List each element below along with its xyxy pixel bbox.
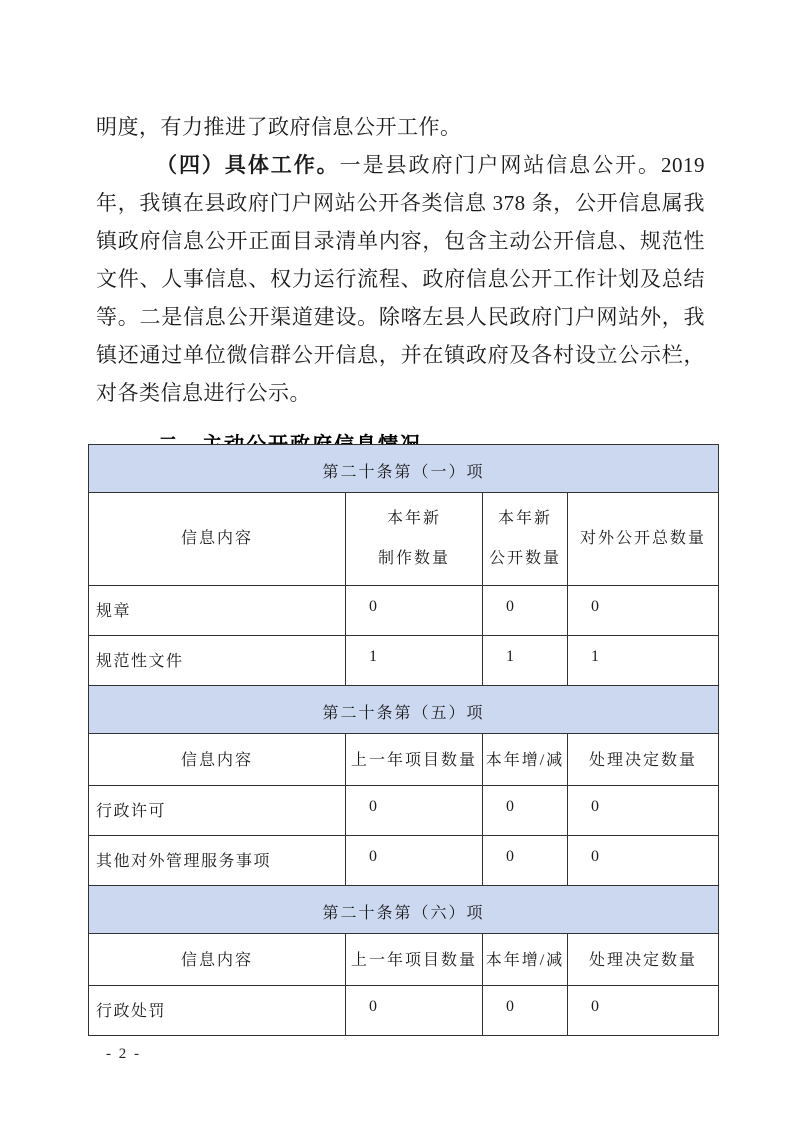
table-cell: 0 bbox=[483, 986, 568, 1036]
table-row: 第二十条第（六）项 bbox=[89, 886, 719, 934]
table-cell: 0 bbox=[568, 836, 719, 886]
column-header: 信息内容 bbox=[89, 934, 346, 986]
table-row: 规范性文件 1 1 1 bbox=[89, 636, 719, 686]
body-text-block: 明度，有力推进了政府信息公开工作。 （四）具体工作。一是县政府门户网站信息公开。… bbox=[0, 0, 800, 464]
column-header: 本年增/减 bbox=[483, 934, 568, 986]
table-row: 其他对外管理服务事项 0 0 0 bbox=[89, 836, 719, 886]
table-row: 信息内容 上一年项目数量 本年增/减 处理决定数量 bbox=[89, 934, 719, 986]
row-label: 其他对外管理服务事项 bbox=[89, 836, 346, 886]
table-row: 信息内容 上一年项目数量 本年增/减 处理决定数量 bbox=[89, 734, 719, 786]
column-header: 本年新 制作数量 bbox=[346, 493, 483, 586]
table-cell: 0 bbox=[568, 586, 719, 636]
page-number: - 2 - bbox=[106, 1046, 141, 1063]
table-cell: 0 bbox=[483, 836, 568, 886]
paragraph-specific-work: （四）具体工作。一是县政府门户网站信息公开。2019 年，我镇在县政府门户网站公… bbox=[96, 146, 705, 412]
row-label: 行政许可 bbox=[89, 786, 346, 836]
table-section-banner: 第二十条第（五）项 bbox=[89, 686, 719, 734]
table-section-banner: 第二十条第（六）项 bbox=[89, 886, 719, 934]
table-row: 行政许可 0 0 0 bbox=[89, 786, 719, 836]
document-page: 明度，有力推进了政府信息公开工作。 （四）具体工作。一是县政府门户网站信息公开。… bbox=[0, 0, 800, 1130]
column-header: 上一年项目数量 bbox=[346, 934, 483, 986]
column-header: 本年增/减 bbox=[483, 734, 568, 786]
paragraph-body-text: 一是县政府门户网站信息公开。2019 年，我镇在县政府门户网站公开各类信息 37… bbox=[96, 153, 705, 405]
row-label: 行政处罚 bbox=[89, 986, 346, 1036]
table-cell: 1 bbox=[346, 636, 483, 686]
table-cell: 1 bbox=[483, 636, 568, 686]
column-header: 信息内容 bbox=[89, 734, 346, 786]
column-header: 处理决定数量 bbox=[568, 734, 719, 786]
table-row: 信息内容 本年新 制作数量 本年新 公开数量 对外公开总数量 bbox=[89, 493, 719, 586]
row-label: 规章 bbox=[89, 586, 346, 636]
table-cell: 0 bbox=[568, 986, 719, 1036]
info-disclosure-table: 第二十条第（一）项 信息内容 本年新 制作数量 本年新 公开数量 对外公开总数量… bbox=[88, 444, 719, 1036]
table-row: 第二十条第（一）项 bbox=[89, 445, 719, 493]
table-row: 第二十条第（五）项 bbox=[89, 686, 719, 734]
table-row: 规章 0 0 0 bbox=[89, 586, 719, 636]
table-section-banner: 第二十条第（一）项 bbox=[89, 445, 719, 493]
table-cell: 0 bbox=[568, 786, 719, 836]
column-header: 信息内容 bbox=[89, 493, 346, 586]
paragraph-continuation: 明度，有力推进了政府信息公开工作。 bbox=[96, 108, 705, 146]
table-cell: 0 bbox=[346, 786, 483, 836]
table-cell: 0 bbox=[483, 786, 568, 836]
table-cell: 1 bbox=[568, 636, 719, 686]
column-header: 处理决定数量 bbox=[568, 934, 719, 986]
paragraph-lead-bold: （四）具体工作。 bbox=[156, 153, 340, 177]
table-cell: 0 bbox=[346, 586, 483, 636]
table-cell: 0 bbox=[346, 836, 483, 886]
table-row: 行政处罚 0 0 0 bbox=[89, 986, 719, 1036]
column-header: 本年新 公开数量 bbox=[483, 493, 568, 586]
column-header: 上一年项目数量 bbox=[346, 734, 483, 786]
row-label: 规范性文件 bbox=[89, 636, 346, 686]
table-cell: 0 bbox=[483, 586, 568, 636]
column-header: 对外公开总数量 bbox=[568, 493, 719, 586]
table-cell: 0 bbox=[346, 986, 483, 1036]
